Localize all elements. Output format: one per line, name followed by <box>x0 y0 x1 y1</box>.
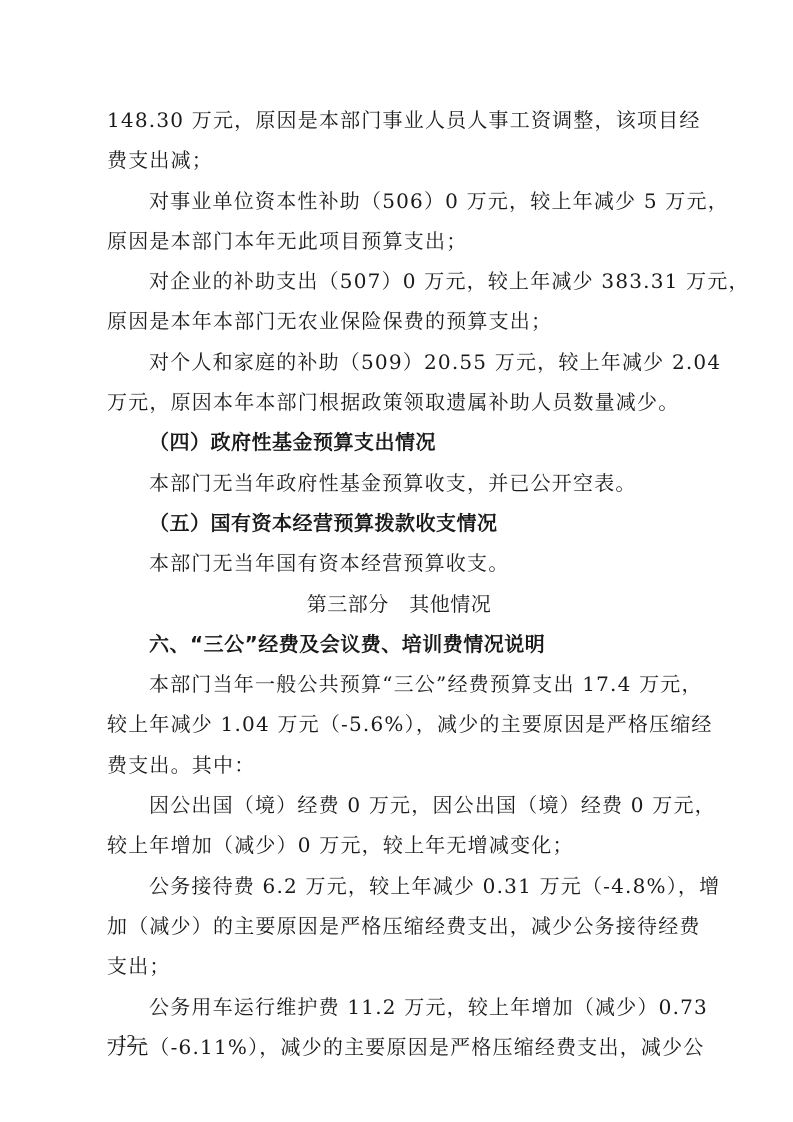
paragraph-line: 万元，原因本年本部门根据政策领取遗属补助人员数量减少。 <box>107 382 691 422</box>
part-title: 第三部分 其他情况 <box>107 584 691 624</box>
paragraph-line: 费支出。其中： <box>107 745 691 785</box>
paragraph-line: 公务接待费 6.2 万元，较上年减少 0.31 万元（-4.8%），增 <box>107 866 691 906</box>
paragraph-line: 原因是本年本部门无农业保险保费的预算支出； <box>107 301 691 341</box>
paragraph-line: 加（减少）的主要原因是严格压缩经费支出，减少公务接待经费 <box>107 906 691 946</box>
section-heading: （五）国有资本经营预算拨款收支情况 <box>107 503 691 543</box>
paragraph-line: 较上年减少 1.04 万元（-5.6%），减少的主要原因是严格压缩经 <box>107 704 691 744</box>
paragraph-line: 对事业单位资本性补助（506）0 万元，较上年减少 5 万元， <box>107 181 691 221</box>
paragraph-line: 因公出国（境）经费 0 万元，因公出国（境）经费 0 万元， <box>107 785 691 825</box>
paragraph-line: 支出； <box>107 946 691 986</box>
paragraph-line: 本部门无当年政府性基金预算收支，并已公开空表。 <box>107 463 691 503</box>
section-heading: （四）政府性基金预算支出情况 <box>107 422 691 462</box>
paragraph-line: 对个人和家庭的补助（509）20.55 万元，较上年减少 2.04 <box>107 342 691 382</box>
paragraph-line: 本部门无当年国有资本经营预算收支。 <box>107 543 691 583</box>
page-number: - 12 - <box>107 1031 146 1052</box>
document-page: 148.30 万元，原因是本部门事业人员人事工资调整，该项目经 费支出减； 对事… <box>107 100 691 1067</box>
paragraph-line: 对企业的补助支出（507）0 万元，较上年减少 383.31 万元， <box>107 261 691 301</box>
paragraph-line: 公务用车运行维护费 11.2 万元，较上年增加（减少）0.73 <box>107 987 691 1027</box>
paragraph-line: 148.30 万元，原因是本部门事业人员人事工资调整，该项目经 <box>107 100 691 140</box>
paragraph-line: 较上年增加（减少）0 万元，较上年无增减变化； <box>107 825 691 865</box>
paragraph-line: 本部门当年一般公共预算“三公”经费预算支出 17.4 万元， <box>107 664 691 704</box>
paragraph-line: 费支出减； <box>107 140 691 180</box>
section-heading: 六、“三公”经费及会议费、培训费情况说明 <box>107 624 691 664</box>
paragraph-line: 原因是本部门本年无此项目预算支出； <box>107 221 691 261</box>
paragraph-line: 万元（-6.11%），减少的主要原因是严格压缩经费支出，减少公 <box>107 1027 691 1067</box>
